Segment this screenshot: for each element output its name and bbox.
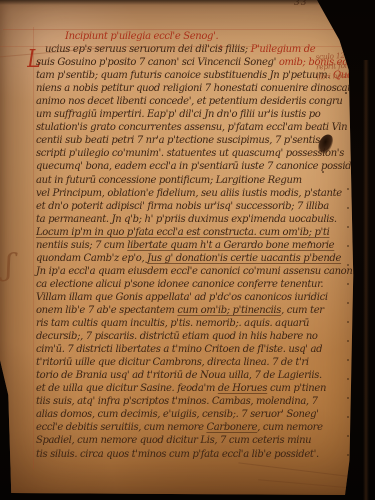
manuscript-line: alias domos, cum decimis, e'uigiis, cens…: [36, 408, 330, 421]
text-segment: cum om'ib; p'tinenciis: [177, 305, 281, 316]
manuscript-photo: 33 L 1 Incipiunt p'uilegia eccl'e Senog'…: [0, 0, 375, 500]
text-segment: cum p'tinen: [267, 383, 326, 394]
manuscript-line: ta permaneant. Jn q'b; h' p'priis duximu…: [36, 213, 330, 226]
text-segment: , cum nemore: [257, 422, 322, 433]
text-segment: quecumq' bona, eadem eccl'a in p'sentiar…: [36, 161, 357, 172]
text-segment: Spadiel, cum nemore quod dicitur Lis, 7 …: [36, 435, 311, 446]
manuscript-line: Jn ip'a eccl'a quam eiusdem eccl'e canon…: [36, 265, 330, 278]
text-segment: , cum ter: [281, 305, 324, 316]
manuscript-line: onem lib'e 7 ab'e spectantem cum om'ib; …: [36, 304, 330, 317]
manuscript-line: um suffragiū impertiri. Eap'p' dil'ci Jn…: [36, 108, 330, 121]
manuscript-line: tam p'sentib; quam futuris canoice subst…: [36, 69, 330, 82]
ink-speck: [309, 241, 311, 243]
text-segment: t'ritoriū uille que dicitur Cambrons, di…: [36, 357, 309, 368]
text-segment: ta permaneant. Jn q'b; h' p'priis duximu…: [36, 214, 337, 225]
pricking-dot: [347, 359, 349, 361]
pricking-dot: [347, 245, 349, 247]
rubric-segment: Incipiunt p'uilegia eccl'e Senog'.: [65, 31, 218, 42]
text-segment: Jus g' donation'is certie uacantis p'ben…: [147, 253, 341, 264]
text-segment: Villam illam que Gonis appellata' ad p'd…: [36, 292, 328, 303]
pricking-dot: [347, 340, 349, 342]
text-segment: tis siluis. circa quos t'minos cum p'fat…: [36, 449, 319, 460]
text-segment: Locum ip'm in quo p'fata eccl'a est cons…: [36, 227, 329, 238]
crease-bottom-right: [258, 479, 366, 489]
manuscript-line: ca electione alicui p'sone idonee canoni…: [36, 278, 330, 291]
photo-edge-shadow: [0, 0, 375, 5]
text-segment: ris tam cultis quam incultis, p'tis. nem…: [36, 318, 309, 329]
manuscript-line: suis Gosuino p'posito 7 canon' sci Vince…: [36, 56, 330, 69]
pricking-dot: [347, 302, 349, 304]
text-segment: et de uilla que dicitur Sasine. feoda'm: [36, 383, 218, 394]
text-segment: et dn'o poterit adipisci' firma nobis ur…: [36, 201, 329, 212]
pricking-dot: [347, 454, 349, 456]
pricking-dot: [347, 188, 349, 190]
pricking-dot: [347, 226, 349, 228]
manuscript-line: nentiis suis; 7 cum libertate quam h't a…: [36, 239, 330, 252]
manuscript-line: Villam illam que Gonis appellata' ad p'd…: [36, 291, 330, 304]
manuscript-line: niens a nobis petitur quod religioni 7 h…: [36, 82, 330, 95]
text-segment: aut in futurū concessione pontificum; La…: [36, 175, 302, 186]
pricking-dot: [347, 435, 349, 437]
pricking-dot: [347, 378, 349, 380]
text-segment: scripti p'uilegio co'munim'. statuentes …: [36, 148, 344, 159]
pricking-dot: [347, 321, 349, 323]
ruling-line-left-margin: [33, 27, 34, 469]
text-segment: quondam Camb'z ep'o,: [36, 253, 147, 264]
manuscript-line: scripti p'uilegio co'munim'. statuentes …: [36, 147, 330, 160]
manuscript-line: ucius ep's seruus seruorum dei dil'cis f…: [36, 43, 330, 56]
text-segment: suis Gosuino p'posito 7 canon' sci Vince…: [36, 57, 279, 68]
nota-mark: ʃ: [5, 248, 13, 283]
manuscript-line: Spadiel, cum nemore quod dicitur Lis, 7 …: [36, 434, 330, 447]
text-segment: tiis suis, atq' infra p'scriptos t'minos…: [36, 396, 318, 407]
manuscript-line: t'ritoriū uille que dicitur Cambrons, di…: [36, 356, 330, 369]
text-segment: Jn ip'a eccl'a quam eiusdem eccl'e canon…: [36, 266, 355, 277]
text-segment: libertate quam h't a Gerardo bone memori…: [127, 240, 334, 251]
manuscript-line: tiis suis, atq' infra p'scriptos t'minos…: [36, 395, 330, 408]
text-segment: tam p'sentib; quam futuris canoice subst…: [36, 70, 333, 81]
text-segment: decursib;, 7 piscariis. districtū etiam …: [36, 331, 318, 342]
manuscript-line: decursib;, 7 piscariis. districtū etiam …: [36, 330, 330, 343]
text-segment: eccl'e debitis seruitiis, cum nemore: [36, 422, 206, 433]
manuscript-line: vel Principum, oblation'e fidelium, seu …: [36, 187, 330, 200]
text-segment: Carbonere: [206, 422, 257, 433]
text-segment: de Horues: [218, 383, 267, 394]
text-segment: onem lib'e 7 ab'e spectantem: [36, 305, 177, 316]
text-segment: vel Principum, oblation'e fidelium, seu …: [36, 188, 342, 199]
crease-bottom-right: [238, 462, 362, 478]
pricking-dot: [347, 264, 349, 266]
manuscript-line: torio de Brania usq' ad t'ritoriū de Nou…: [36, 369, 330, 382]
manuscript-line: animo nos decet libenti concede', et pet…: [36, 95, 330, 108]
manuscript-line: centii sub beati petri 7 nr'a p'tectione…: [36, 134, 330, 147]
manuscript-line: tis siluis. circa quos t'minos cum p'fat…: [36, 448, 330, 461]
heading-rubric: Incipiunt p'uilegia eccl'e Senog'.: [36, 30, 330, 43]
text-segment: centii sub beati petri 7 nr'a p'tectione…: [36, 135, 320, 146]
manuscript-line: stulation'is grato concurrentes assensu,…: [36, 121, 330, 134]
manuscript-line: eccl'e debitis seruitiis, cum nemore Car…: [36, 421, 330, 434]
text-segment: animo nos decet libenti concede', et pet…: [36, 96, 343, 107]
manuscript-line: aut in futurū concessione pontificum; La…: [36, 174, 330, 187]
book-edge-strip: [363, 60, 369, 500]
manuscript-line: quondam Camb'z ep'o, Jus g' donation'is …: [36, 252, 330, 265]
text-segment: um suffragiū impertiri. Eap'p' dil'ci Jn…: [36, 109, 320, 120]
pricking-dot: [347, 416, 349, 418]
manuscript-line: cim'ū. 7 districti libertates a t'mino C…: [36, 343, 330, 356]
ink-speck: [345, 92, 347, 94]
text-segment: ucius ep's seruus seruorum dei dil'cis f…: [45, 44, 251, 55]
pricking-dot: [347, 283, 349, 285]
text-segment: cim'ū. 7 districti libertates a t'mino C…: [36, 344, 322, 355]
text-segment: torio de Brania usq' ad t'ritoriū de Nou…: [36, 370, 322, 381]
text-block: Incipiunt p'uilegia eccl'e Senog'.ucius …: [36, 30, 330, 461]
rubric-segment: P'uilegium de: [251, 44, 316, 55]
text-segment: ca electione alicui p'sone idonee canoni…: [36, 279, 323, 290]
text-segment: stulation'is grato concurrentes assensu,…: [36, 122, 347, 133]
text-segment: alias domos, cum decimis, e'uigiis, cens…: [36, 409, 319, 420]
manuscript-line: quecumq' bona, eadem eccl'a in p'sentiar…: [36, 160, 330, 173]
manuscript-line: et de uilla que dicitur Sasine. feoda'm …: [36, 382, 330, 395]
text-segment: niens a nobis petitur quod religioni 7 h…: [36, 83, 354, 94]
ink-speck: [322, 171, 324, 173]
pricking-dot: [347, 397, 349, 399]
text-segment: nentiis suis; 7 cum: [36, 240, 127, 251]
pricking-dot: [347, 207, 349, 209]
manuscript-line: ris tam cultis quam incultis, p'tis. nem…: [36, 317, 330, 330]
parchment-page: 33 L 1 Incipiunt p'uilegia eccl'e Senog'…: [0, 0, 375, 500]
manuscript-line: Locum ip'm in quo p'fata eccl'a est cons…: [36, 226, 330, 239]
manuscript-line: et dn'o poterit adipisci' firma nobis ur…: [36, 200, 330, 213]
